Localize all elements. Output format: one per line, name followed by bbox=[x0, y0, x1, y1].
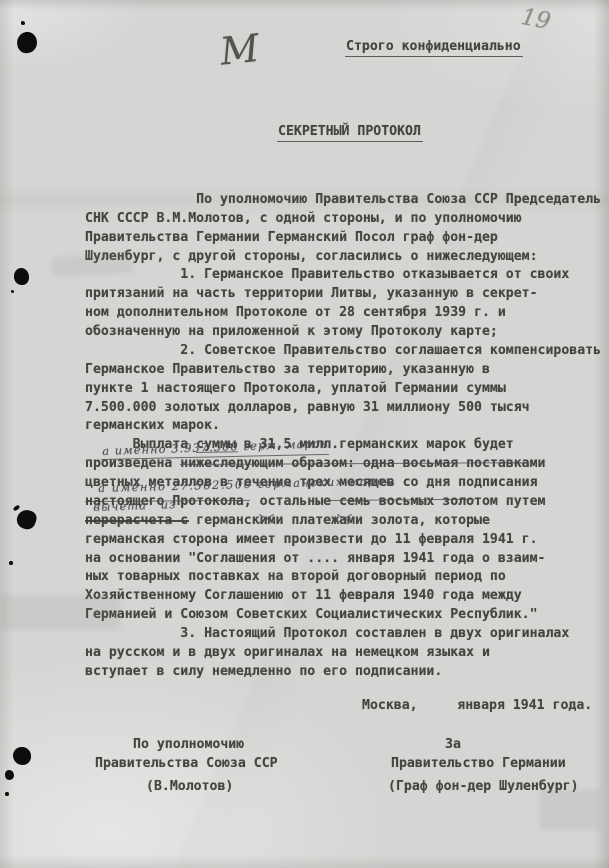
x-mark-germanskimi bbox=[258, 510, 275, 525]
ink-dot-3 bbox=[9, 561, 13, 565]
typed-line-21: ных товарных поставках на второй договор… bbox=[85, 569, 506, 584]
signature-right-government: Правительство Германии bbox=[391, 756, 566, 771]
classification-label: Строго конфиденциально bbox=[345, 39, 523, 57]
typed-line-10: Германское Правительство за территорию, … bbox=[85, 362, 490, 377]
typed-line-22: Хозяйственному Соглашению от 11 февраля … bbox=[85, 588, 522, 603]
typed-line-9: 2. Советское Правительство соглашается к… bbox=[85, 343, 601, 358]
signature-left-name: (В.Молотов) bbox=[146, 779, 233, 794]
smudge-bleedthrough-3 bbox=[540, 790, 600, 830]
typed-line-11: пункте 1 настоящего Протокола, уплатой Г… bbox=[85, 381, 506, 396]
scanned-document-page: Строго конфиденциально СЕКРЕТНЫЙ ПРОТОКО… bbox=[0, 0, 609, 868]
typed-line-12: 7.500.000 золотых долларов, равную 31 ми… bbox=[85, 400, 530, 415]
ink-blob-4 bbox=[13, 747, 31, 765]
date-line: Москва, января 1941 года. bbox=[362, 698, 592, 713]
typed-line-26: вступает в силу немедленно по его подпис… bbox=[85, 664, 442, 679]
x-mark-platezhami bbox=[336, 510, 353, 525]
ink-dot-4 bbox=[5, 792, 9, 796]
strike-mark-line18 bbox=[85, 520, 189, 522]
ink-blob-1 bbox=[15, 30, 39, 55]
signature-right-for: За bbox=[445, 737, 461, 752]
typed-line-13: германских марок. bbox=[85, 418, 220, 433]
ink-blob-2 bbox=[14, 268, 29, 285]
typed-line-24: 3. Настоящий Протокол составлен в двух о… bbox=[85, 626, 569, 641]
ink-dot-2 bbox=[11, 290, 14, 293]
signature-left-authority: По уполномочию bbox=[133, 737, 244, 752]
typed-line-7: ном дополнительном Протоколе от 28 сентя… bbox=[85, 305, 506, 320]
ink-blob-3 bbox=[15, 508, 39, 532]
typed-line-3: Правительства Германии Германский Посол … bbox=[85, 230, 498, 245]
typed-line-4: Шуленбург, с другой стороны, согласились… bbox=[85, 249, 538, 264]
ink-dot-1 bbox=[21, 21, 25, 25]
ink-blob-3-tail bbox=[12, 504, 20, 511]
typed-line-6: притязаний на часть территории Литвы, ук… bbox=[85, 286, 538, 301]
handwritten-page-number: 19 bbox=[519, 4, 553, 35]
typed-line-8: обозначенную на приложенной к этому Прот… bbox=[85, 324, 498, 339]
protocol-title: СЕКРЕТНЫЙ ПРОТОКОЛ bbox=[277, 124, 423, 142]
smudge-bleedthrough-2 bbox=[0, 595, 120, 630]
typed-line-23: Германией и Союзом Советских Социалистич… bbox=[85, 607, 538, 622]
typed-line-5: 1. Германское Правительство отказывается… bbox=[85, 267, 569, 282]
typed-line-25: на русском и в двух оригиналах на немецк… bbox=[85, 645, 490, 660]
typed-line-19: германская сторона имеет произвести до 1… bbox=[85, 532, 538, 547]
handwritten-margin-initial: М bbox=[218, 26, 261, 74]
typed-line-2: СНК СССР В.М.Молотов, с одной стороны, и… bbox=[85, 211, 522, 226]
typed-line-1: По уполномочию Правительства Союза ССР П… bbox=[85, 192, 601, 207]
smudge-bleedthrough-1 bbox=[52, 253, 133, 277]
signature-left-government: Правительства Союза ССР bbox=[95, 756, 278, 771]
typed-line-20: на основании "Соглашения от .... января … bbox=[85, 551, 546, 566]
ink-blob-4-satellite bbox=[5, 770, 14, 780]
